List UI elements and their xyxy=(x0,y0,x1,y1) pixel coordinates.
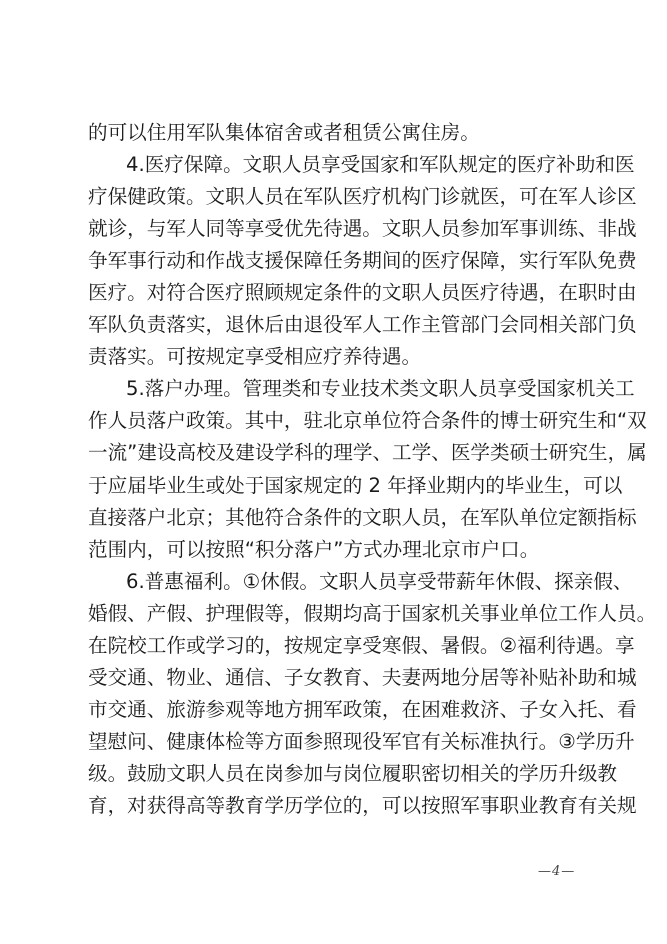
text-line: 市交通、旅游参观等地方拥军政策，在困难救济、子女入托、看 xyxy=(88,694,584,726)
text-line: 军队负责落实，退休后由退役军人工作主管部门会同相关部门负 xyxy=(88,309,584,341)
text-line: 一流”建设高校及建设学科的理学、工学、医学类硕士研究生，属 xyxy=(88,437,584,469)
page-number: —4— xyxy=(538,864,575,879)
text-line: 育，对获得高等教育学历学位的，可以按照军事职业教育有关规 xyxy=(88,790,584,822)
text-line: 作人员落户政策。其中，驻北京单位符合条件的博士研究生和“双 xyxy=(88,405,584,437)
text-line: 望慰问、健康体检等方面参照现役军官有关标准执行。③学历升 xyxy=(88,726,584,758)
text-line: 范围内，可以按照“积分落户”方式办理北京市户口。 xyxy=(88,534,584,566)
document-body: 的可以住用军队集体宿舍或者租赁公寓住房。 4.医疗保障。文职人员享受国家和军队规… xyxy=(88,117,584,822)
text-line: 级。鼓励文职人员在岗参加与岗位履职密切相关的学历升级教 xyxy=(88,758,584,790)
text-line: 在院校工作或学习的，按规定享受寒假、暑假。②福利待遇。享 xyxy=(88,630,584,662)
text-line: 就诊，与军人同等享受优先待遇。文职人员参加军事训练、非战 xyxy=(88,213,584,245)
text-line: 医疗。对符合医疗照顾规定条件的文职人员医疗待遇，在职时由 xyxy=(88,277,584,309)
text-line: 责落实。可按规定享受相应疗养待遇。 xyxy=(88,341,584,373)
text-line: 直接落户北京；其他符合条件的文职人员，在军队单位定额指标 xyxy=(88,502,584,534)
section-heading-hukou: 5.落户办理。管理类和专业技术类文职人员享受国家机关工 xyxy=(88,373,584,405)
text-line: 婚假、产假、护理假等，假期均高于国家机关事业单位工作人员。 xyxy=(88,598,584,630)
text-line: 疗保健政策。文职人员在军队医疗机构门诊就医，可在军人诊区 xyxy=(88,181,584,213)
text-line: 的可以住用军队集体宿舍或者租赁公寓住房。 xyxy=(88,117,584,149)
section-heading-medical: 4.医疗保障。文职人员享受国家和军队规定的医疗补助和医 xyxy=(88,149,584,181)
text-line: 争军事行动和作战支援保障任务期间的医疗保障，实行军队免费 xyxy=(88,245,584,277)
section-heading-welfare: 6.普惠福利。①休假。文职人员享受带薪年休假、探亲假、 xyxy=(88,566,584,598)
text-line: 于应届毕业生或处于国家规定的 2 年择业期内的毕业生，可以 xyxy=(88,470,584,502)
text-line: 受交通、物业、通信、子女教育、夫妻两地分居等补贴补助和城 xyxy=(88,662,584,694)
